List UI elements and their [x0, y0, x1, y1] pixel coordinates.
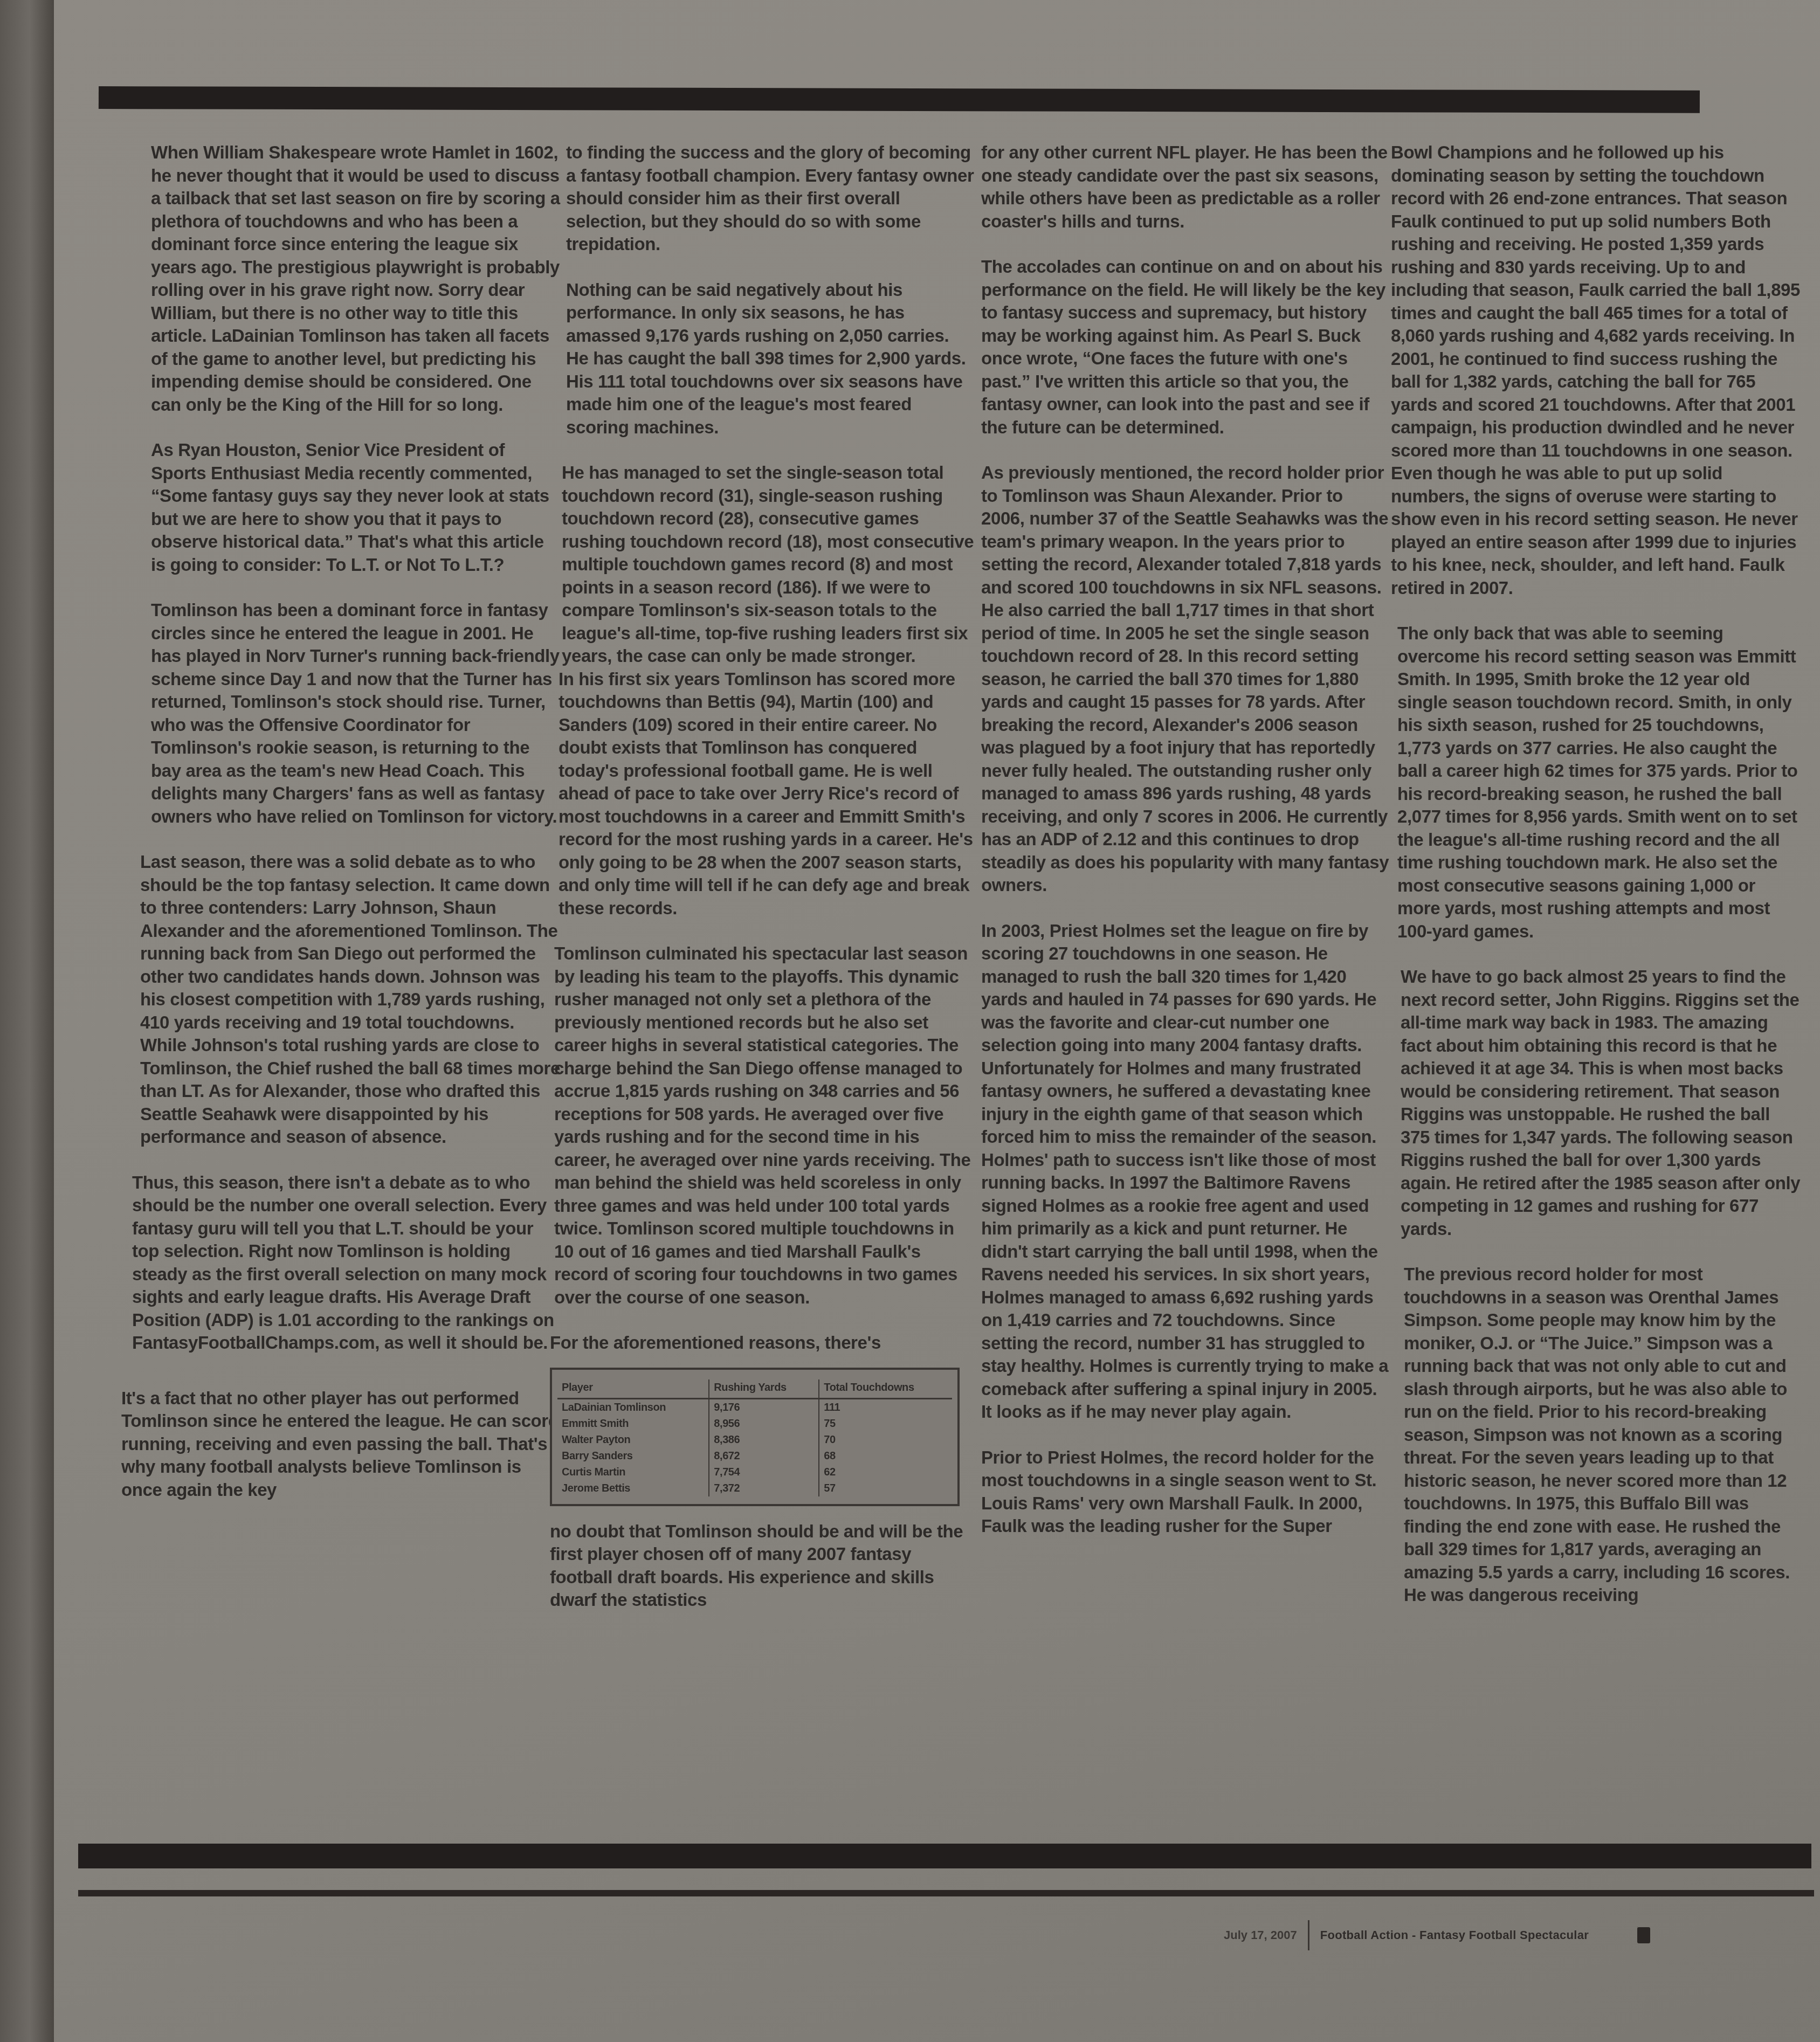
page-number: 5: [1637, 1927, 1650, 1943]
column-header-total-touchdowns: Total Touchdowns: [819, 1379, 952, 1399]
total-touchdowns: 57: [819, 1480, 952, 1496]
paragraph: As previously mentioned, the record hold…: [981, 461, 1391, 897]
page-binding-shadow: [0, 0, 54, 2042]
player-name: Barry Sanders: [557, 1448, 709, 1464]
total-touchdowns: 70: [819, 1432, 952, 1448]
paragraph: The only back that was able to seeming o…: [1397, 622, 1801, 943]
total-touchdowns: 68: [819, 1448, 952, 1464]
rushing-yards: 8,956: [709, 1416, 819, 1432]
column-header-rushing-yards: Rushing Yards: [709, 1379, 819, 1399]
rushing-yards: 7,754: [709, 1464, 819, 1480]
paragraph: to finding the success and the glory of …: [566, 141, 976, 256]
rushing-yards: 9,176: [709, 1398, 819, 1416]
total-touchdowns: 75: [819, 1416, 952, 1432]
table-row: Jerome Bettis 7,372 57: [557, 1480, 952, 1496]
article-column-4: Bowl Champions and he followed up his do…: [1391, 141, 1801, 1807]
footer-divider: [1308, 1920, 1309, 1950]
player-name: LaDainian Tomlinson: [557, 1398, 709, 1416]
player-name: Curtis Martin: [557, 1464, 709, 1480]
rushing-yards: 8,672: [709, 1448, 819, 1464]
paragraph: As Ryan Houston, Senior Vice President o…: [151, 439, 561, 576]
paragraph: It's a fact that no other player has out…: [121, 1387, 561, 1502]
player-name: Jerome Bettis: [557, 1480, 709, 1496]
article-column-2: to finding the success and the glory of …: [566, 141, 976, 1807]
page-footer: July 17, 2007 Football Action - Fantasy …: [1224, 1919, 1650, 1951]
table-row: LaDainian Tomlinson 9,176 111: [557, 1398, 952, 1416]
article-column-1: When William Shakespeare wrote Hamlet in…: [151, 141, 561, 1807]
paragraph: We have to go back almost 25 years to fi…: [1401, 965, 1801, 1240]
issue-date: July 17, 2007: [1224, 1928, 1297, 1942]
table-row: Curtis Martin 7,754 62: [557, 1464, 952, 1480]
paragraph: Nothing can be said negatively about his…: [566, 279, 976, 439]
player-name: Emmitt Smith: [557, 1416, 709, 1432]
paragraph: In 2003, Priest Holmes set the league on…: [981, 920, 1391, 1424]
magazine-page: When William Shakespeare wrote Hamlet in…: [54, 0, 1820, 2042]
paragraph: Last season, there was a solid debate as…: [140, 851, 561, 1149]
table-header-row: Player Rushing Yards Total Touchdowns: [557, 1379, 952, 1399]
paragraph: Thus, this season, there isn't a debate …: [132, 1171, 561, 1355]
paragraph: no doubt that Tomlinson should be and wi…: [550, 1520, 976, 1612]
bottom-rule-thin: [78, 1890, 1814, 1896]
paragraph: Tomlinson has been a dominant force in f…: [151, 599, 561, 828]
article-body: When William Shakespeare wrote Hamlet in…: [70, 141, 1811, 1807]
rushing-leaders-table: Player Rushing Yards Total Touchdowns La…: [550, 1368, 960, 1506]
table-row: Walter Payton 8,386 70: [557, 1432, 952, 1448]
paragraph: For the aforementioned reasons, there's: [550, 1332, 976, 1355]
paragraph: for any other current NFL player. He has…: [981, 141, 1391, 233]
publication-name: Football Action - Fantasy Football Spect…: [1320, 1928, 1589, 1942]
rushing-yards: 7,372: [709, 1480, 819, 1496]
paragraph: The previous record holder for most touc…: [1404, 1263, 1801, 1607]
paragraph: Tomlinson culminated his spectacular las…: [554, 942, 976, 1309]
article-column-3: for any other current NFL player. He has…: [981, 141, 1391, 1807]
rushing-yards: 8,386: [709, 1432, 819, 1448]
paragraph: He has managed to set the single-season …: [562, 461, 976, 668]
paragraph: In his first six years Tomlinson has sco…: [559, 668, 976, 920]
top-rule-bar: [99, 86, 1700, 113]
paragraph: When William Shakespeare wrote Hamlet in…: [151, 141, 561, 416]
total-touchdowns: 111: [819, 1398, 952, 1416]
total-touchdowns: 62: [819, 1464, 952, 1480]
bottom-rule-thick: [78, 1844, 1811, 1868]
table-row: Barry Sanders 8,672 68: [557, 1448, 952, 1464]
paragraph: Prior to Priest Holmes, the record holde…: [981, 1446, 1391, 1538]
column-header-player: Player: [557, 1379, 709, 1399]
player-name: Walter Payton: [557, 1432, 709, 1448]
paragraph: The accolades can continue on and on abo…: [981, 256, 1391, 439]
table-row: Emmitt Smith 8,956 75: [557, 1416, 952, 1432]
paragraph: Bowl Champions and he followed up his do…: [1391, 141, 1801, 599]
